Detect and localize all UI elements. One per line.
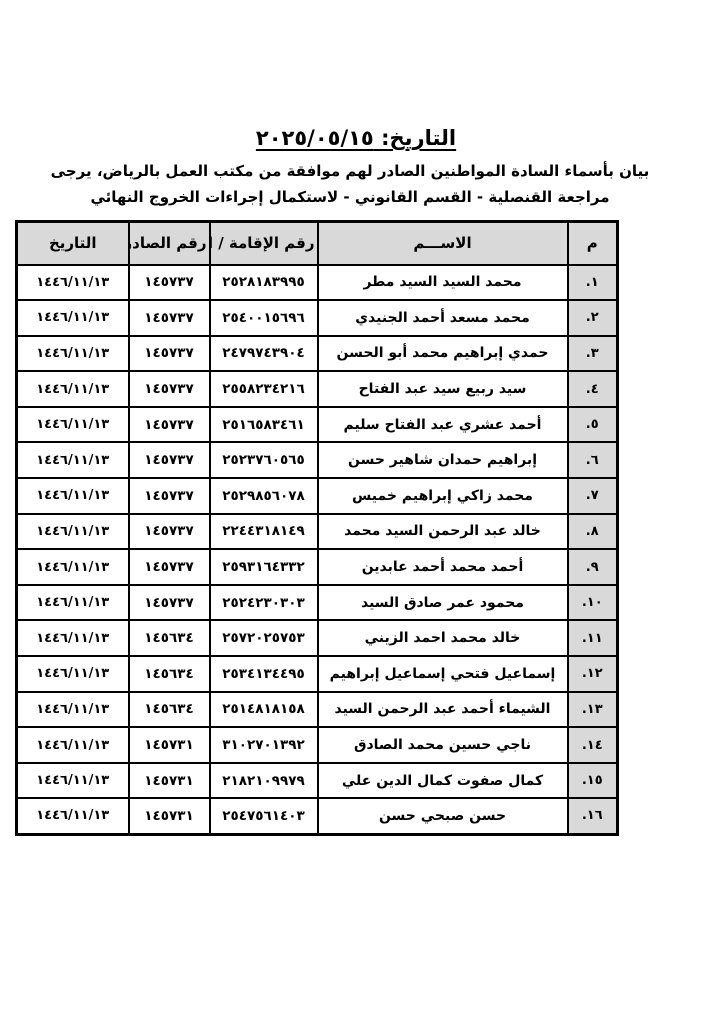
table-row: .٤سيد ربيع سيد عبد الفتاح٢٥٥٨٢٣٤٢١٦١٤٥٧٣… [17, 371, 618, 407]
cell-index: .٣ [568, 336, 618, 372]
cell-issue-number: ١٤٥٧٣١ [129, 763, 210, 799]
cell-index: .٧ [568, 478, 618, 514]
cell-date: ١٤٤٦/١١/١٣ [17, 442, 129, 478]
header-residence-number: رقم الإقامة / الحدود [210, 222, 318, 265]
cell-name: حمدي إبراهيم محمد أبو الحسن [318, 336, 568, 372]
cell-residence-number: ٢٥١٤٨١٨١٥٨ [210, 692, 318, 728]
cell-residence-number: ٢٥٩٣١٦٤٣٣٢ [210, 549, 318, 585]
cell-issue-number: ١٤٥٧٣١ [129, 798, 210, 834]
cell-issue-number: ١٤٥٧٣٧ [129, 585, 210, 621]
cell-index: .٥ [568, 407, 618, 443]
document-date-title: التاريخ: ٢٠٢٥/٠٥/١٥ [0, 126, 712, 150]
cell-index: .١٥ [568, 763, 618, 799]
cell-name: محمد السيد السيد مطر [318, 265, 568, 301]
cell-name: أحمد محمد أحمد عابدين [318, 549, 568, 585]
header-name: الاســـم [318, 222, 568, 265]
cell-residence-number: ٢٤٧٩٧٤٣٩٠٤ [210, 336, 318, 372]
cell-issue-number: ١٤٥٧٣٧ [129, 371, 210, 407]
cell-issue-number: ١٤٥٧٣٧ [129, 442, 210, 478]
cell-index: .١٠ [568, 585, 618, 621]
cell-name: كمال صفوت كمال الدين علي [318, 763, 568, 799]
cell-name: إبراهيم حمدان شاهير حسن [318, 442, 568, 478]
table-row: .١٢إسماعيل فتحي إسماعيل إبراهيم٢٥٣٤١٣٤٤٩… [17, 656, 618, 692]
cell-residence-number: ٢٥٢٨١٨٣٩٩٥ [210, 265, 318, 301]
citizens-table: م الاســـم رقم الإقامة / الحدود رقم الصا… [15, 220, 619, 836]
table-row: .٣حمدي إبراهيم محمد أبو الحسن٢٤٧٩٧٤٣٩٠٤١… [17, 336, 618, 372]
cell-name: محمد مسعد أحمد الجنيدي [318, 300, 568, 336]
table-row: .١٦حسن صبحي حسن٢٥٤٧٥٦١٤٠٣١٤٥٧٣١١٤٤٦/١١/١… [17, 798, 618, 834]
cell-issue-number: ١٤٥٦٣٤ [129, 692, 210, 728]
table-row: .١١خالد محمد احمد الزيني٢٥٧٢٠٢٥٧٥٣١٤٥٦٣٤… [17, 620, 618, 656]
document-intro: بيان بأسماء السادة المواطنين الصادر لهم … [0, 158, 700, 210]
cell-name: أحمد عشري عبد الفتاح سليم [318, 407, 568, 443]
cell-residence-number: ٢٥٢٩٨٥٦٠٧٨ [210, 478, 318, 514]
cell-name: الشيماء أحمد عبد الرحمن السيد [318, 692, 568, 728]
cell-date: ١٤٤٦/١١/١٣ [17, 692, 129, 728]
cell-residence-number: ٢٥٤٠٠١٥٦٩٦ [210, 300, 318, 336]
cell-index: .١٣ [568, 692, 618, 728]
cell-index: .٦ [568, 442, 618, 478]
cell-issue-number: ١٤٥٦٣٤ [129, 656, 210, 692]
cell-name: سيد ربيع سيد عبد الفتاح [318, 371, 568, 407]
cell-issue-number: ١٤٥٧٣٧ [129, 549, 210, 585]
document-page: التاريخ: ٢٠٢٥/٠٥/١٥ بيان بأسماء السادة ا… [0, 0, 720, 1018]
cell-issue-number: ١٤٥٧٣٧ [129, 336, 210, 372]
cell-date: ١٤٤٦/١١/١٣ [17, 300, 129, 336]
cell-issue-number: ١٤٥٧٣١ [129, 727, 210, 763]
cell-index: .١١ [568, 620, 618, 656]
table-body: .١محمد السيد السيد مطر٢٥٢٨١٨٣٩٩٥١٤٥٧٣٧١٤… [17, 265, 618, 835]
cell-residence-number: ٢١٨٢١٠٩٩٧٩ [210, 763, 318, 799]
cell-name: حسن صبحي حسن [318, 798, 568, 834]
cell-date: ١٤٤٦/١١/١٣ [17, 407, 129, 443]
cell-residence-number: ٢٥٢٣٧٦٠٥٦٥ [210, 442, 318, 478]
cell-index: .٨ [568, 514, 618, 550]
cell-date: ١٤٤٦/١١/١٣ [17, 585, 129, 621]
cell-index: .٩ [568, 549, 618, 585]
cell-date: ١٤٤٦/١١/١٣ [17, 798, 129, 834]
cell-date: ١٤٤٦/١١/١٣ [17, 656, 129, 692]
cell-index: .١٤ [568, 727, 618, 763]
table-row: .١٥كمال صفوت كمال الدين علي٢١٨٢١٠٩٩٧٩١٤٥… [17, 763, 618, 799]
cell-residence-number: ٢٥٢٤٢٣٠٣٠٣ [210, 585, 318, 621]
cell-issue-number: ١٤٥٧٣٧ [129, 407, 210, 443]
cell-date: ١٤٤٦/١١/١٣ [17, 478, 129, 514]
table-row: .١٤ناجي حسين محمد الصادق٣١٠٢٧٠١٣٩٢١٤٥٧٣١… [17, 727, 618, 763]
cell-date: ١٤٤٦/١١/١٣ [17, 620, 129, 656]
cell-issue-number: ١٤٥٦٣٤ [129, 620, 210, 656]
table-row: .١محمد السيد السيد مطر٢٥٢٨١٨٣٩٩٥١٤٥٧٣٧١٤… [17, 265, 618, 301]
header-issue-number: رقم الصادر [129, 222, 210, 265]
cell-name: خالد محمد احمد الزيني [318, 620, 568, 656]
cell-name: إسماعيل فتحي إسماعيل إبراهيم [318, 656, 568, 692]
cell-index: .١٢ [568, 656, 618, 692]
cell-residence-number: ٢٢٤٤٣١٨١٤٩ [210, 514, 318, 550]
cell-index: .١ [568, 265, 618, 301]
table-row: .٥أحمد عشري عبد الفتاح سليم٢٥١٦٥٨٣٤٦١١٤٥… [17, 407, 618, 443]
cell-date: ١٤٤٦/١١/١٣ [17, 371, 129, 407]
intro-line-1: بيان بأسماء السادة المواطنين الصادر لهم … [0, 158, 700, 184]
table-row: .٨خالد عبد الرحمن السيد محمد٢٢٤٤٣١٨١٤٩١٤… [17, 514, 618, 550]
table-row: .٧محمد زاكي إبراهيم خميس٢٥٢٩٨٥٦٠٧٨١٤٥٧٣٧… [17, 478, 618, 514]
table-header-row: م الاســـم رقم الإقامة / الحدود رقم الصا… [17, 222, 618, 265]
cell-date: ١٤٤٦/١١/١٣ [17, 549, 129, 585]
cell-date: ١٤٤٦/١١/١٣ [17, 763, 129, 799]
cell-index: .١٦ [568, 798, 618, 834]
cell-residence-number: ٢٥٥٨٢٣٤٢١٦ [210, 371, 318, 407]
cell-name: ناجي حسين محمد الصادق [318, 727, 568, 763]
header-index: م [568, 222, 618, 265]
table-row: .٩أحمد محمد أحمد عابدين٢٥٩٣١٦٤٣٣٢١٤٥٧٣٧١… [17, 549, 618, 585]
cell-date: ١٤٤٦/١١/١٣ [17, 727, 129, 763]
cell-date: ١٤٤٦/١١/١٣ [17, 265, 129, 301]
cell-residence-number: ٣١٠٢٧٠١٣٩٢ [210, 727, 318, 763]
cell-issue-number: ١٤٥٧٣٧ [129, 265, 210, 301]
cell-issue-number: ١٤٥٧٣٧ [129, 300, 210, 336]
table-row: .٢محمد مسعد أحمد الجنيدي٢٥٤٠٠١٥٦٩٦١٤٥٧٣٧… [17, 300, 618, 336]
header-date: التاريخ [17, 222, 129, 265]
cell-date: ١٤٤٦/١١/١٣ [17, 336, 129, 372]
table-row: .١٣الشيماء أحمد عبد الرحمن السيد٢٥١٤٨١٨١… [17, 692, 618, 728]
cell-index: .٤ [568, 371, 618, 407]
intro-line-2: مراجعة القنصلية - القسم القانوني - لاستك… [0, 184, 700, 210]
cell-index: .٢ [568, 300, 618, 336]
cell-name: خالد عبد الرحمن السيد محمد [318, 514, 568, 550]
cell-residence-number: ٢٥١٦٥٨٣٤٦١ [210, 407, 318, 443]
cell-issue-number: ١٤٥٧٣٧ [129, 514, 210, 550]
cell-residence-number: ٢٥٤٧٥٦١٤٠٣ [210, 798, 318, 834]
cell-residence-number: ٢٥٣٤١٣٤٤٩٥ [210, 656, 318, 692]
cell-residence-number: ٢٥٧٢٠٢٥٧٥٣ [210, 620, 318, 656]
table-row: .١٠محمود عمر صادق السيد٢٥٢٤٢٣٠٣٠٣١٤٥٧٣٧١… [17, 585, 618, 621]
cell-name: محمد زاكي إبراهيم خميس [318, 478, 568, 514]
cell-issue-number: ١٤٥٧٣٧ [129, 478, 210, 514]
cell-date: ١٤٤٦/١١/١٣ [17, 514, 129, 550]
cell-name: محمود عمر صادق السيد [318, 585, 568, 621]
table-row: .٦إبراهيم حمدان شاهير حسن٢٥٢٣٧٦٠٥٦٥١٤٥٧٣… [17, 442, 618, 478]
